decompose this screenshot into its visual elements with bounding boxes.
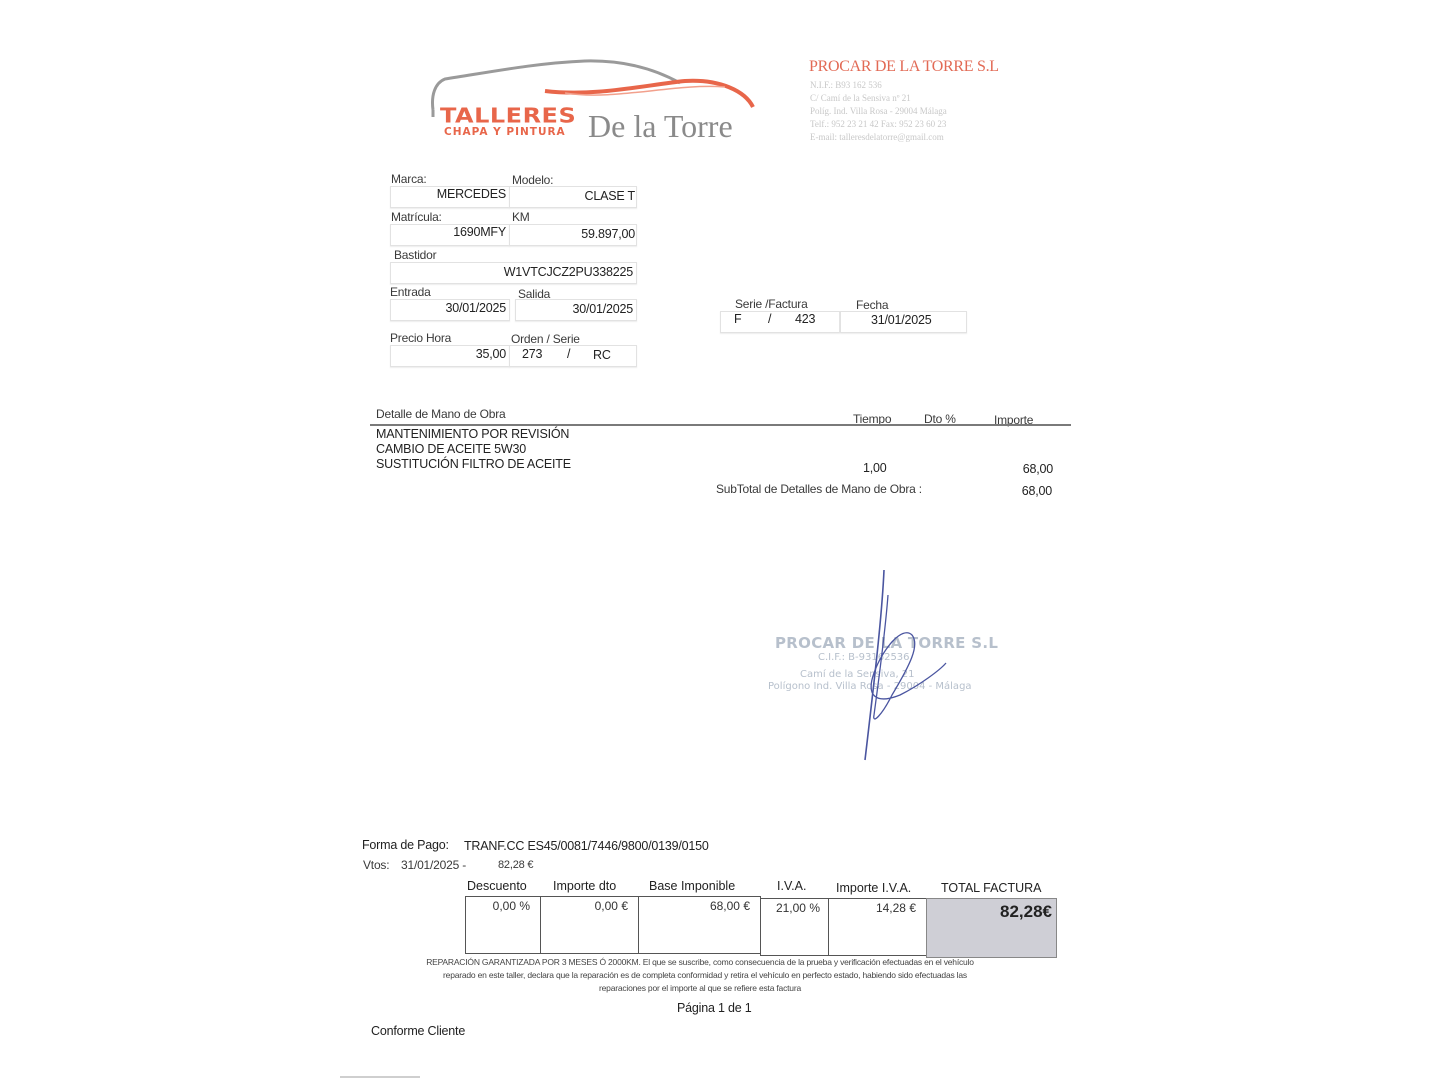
logo-brand-name: De la Torre — [588, 108, 733, 145]
company-address: C/ Camí de la Sensiva nº 21 — [810, 93, 911, 103]
km-label: KM — [512, 210, 530, 224]
warranty-text-line: reparado en este taller, declara que la … — [350, 970, 1060, 980]
modelo-label: Modelo: — [512, 173, 553, 187]
warranty-text-line: reparaciones por el importe al que se re… — [345, 983, 1055, 993]
company-email: E-mail: talleresdelatorre@gmail.com — [810, 132, 944, 142]
marca-label: Marca: — [391, 172, 426, 186]
forma-pago-label: Forma de Pago: — [362, 838, 449, 852]
labor-line: SUSTITUCIÓN FILTRO DE ACEITE — [376, 457, 571, 471]
vto-date: 31/01/2025 - — [401, 858, 466, 872]
serie-factura-label: Serie /Factura — [735, 297, 808, 311]
labor-tiempo: 1,00 — [863, 461, 887, 475]
modelo-value: CLASE T — [509, 189, 635, 203]
totals-importe-iva: 14,28 € — [876, 901, 916, 915]
logo-brand-sub: CHAPA Y PINTURA — [444, 126, 566, 138]
invoice-date: 31/01/2025 — [871, 313, 932, 327]
entrada-label: Entrada — [390, 285, 431, 299]
labor-header-rule — [370, 424, 1071, 426]
totals-importe-dto: 0,00 € — [595, 899, 628, 913]
orden-value: 273 — [522, 347, 542, 361]
invoice-number: 423 — [795, 312, 815, 326]
vto-amount: 82,28 € — [498, 859, 533, 871]
bastidor-value: W1VTCJCZ2PU338225 — [390, 265, 633, 279]
matricula-value: 1690MFY — [390, 225, 506, 239]
warranty-text-line: REPARACIÓN GARANTIZADA POR 3 MESES Ó 200… — [345, 957, 1055, 967]
company-city: Políg. Ind. Villa Rosa - 29004 Málaga — [810, 106, 947, 116]
totals-header-descuento: Descuento — [467, 879, 527, 893]
labor-line: CAMBIO DE ACEITE 5W30 — [376, 442, 526, 456]
totals-iva-cell: 21,00 % — [760, 898, 829, 956]
totals-base-cell: 68,00 € — [638, 896, 761, 954]
logo-brand-main: TALLERES — [440, 104, 576, 128]
orden-serie-label: Orden / Serie — [511, 332, 580, 346]
page-edge-shadow — [340, 1076, 420, 1078]
labor-subtotal-label: SubTotal de Detalles de Mano de Obra : — [716, 482, 922, 496]
matricula-label: Matrícula: — [391, 210, 442, 224]
labor-section-label: Detalle de Mano de Obra — [376, 407, 505, 421]
labor-line: MANTENIMIENTO POR REVISIÓN — [376, 427, 569, 441]
totals-header-base: Base Imponible — [649, 879, 735, 893]
totals-descuento: 0,00 % — [493, 899, 530, 913]
totals-header-importe-iva: Importe I.V.A. — [836, 881, 911, 895]
invoice-serie: F — [734, 312, 741, 326]
totals-header-total: TOTAL FACTURA — [941, 881, 1041, 895]
totals-importe-dto-cell: 0,00 € — [540, 896, 639, 954]
totals-total-cell: 82,28€ — [926, 898, 1057, 958]
km-value: 59.897,00 — [509, 227, 635, 241]
invoice-separator: / — [768, 312, 771, 326]
totals-iva: 21,00 % — [776, 901, 820, 915]
company-nif: N.I.F.: B93 162 536 — [810, 80, 882, 90]
serie-value: RC — [593, 348, 611, 362]
totals-descuento-cell: 0,00 % — [465, 896, 541, 954]
totals-header-importe-dto: Importe dto — [553, 879, 616, 893]
conforme-cliente-label: Conforme Cliente — [371, 1024, 465, 1038]
company-name: PROCAR DE LA TORRE S.L — [809, 58, 999, 76]
marca-value: MERCEDES — [390, 187, 506, 201]
entrada-value: 30/01/2025 — [390, 301, 506, 315]
totals-base-imponible: 68,00 € — [710, 899, 750, 913]
company-phone: Telf.: 952 23 21 42 Fax: 952 23 60 23 — [810, 119, 946, 129]
vtos-label: Vtos: — [363, 858, 389, 872]
bastidor-label: Bastidor — [394, 248, 436, 262]
page-number: Página 1 de 1 — [677, 1001, 752, 1015]
precio-hora-label: Precio Hora — [390, 331, 451, 345]
labor-importe: 68,00 — [990, 462, 1053, 476]
fecha-label: Fecha — [856, 298, 888, 312]
totals-header-iva: I.V.A. — [777, 879, 806, 893]
handwritten-signature-icon — [830, 565, 950, 765]
salida-value: 30/01/2025 — [515, 302, 633, 316]
labor-subtotal: 68,00 — [990, 484, 1052, 498]
totals-importe-iva-cell: 14,28 € — [828, 898, 927, 956]
totals-total: 82,28€ — [1000, 902, 1052, 922]
forma-pago-value: TRANF.CC ES45/0081/7446/9800/0139/0150 — [464, 839, 709, 853]
precio-hora-value: 35,00 — [390, 347, 506, 361]
orden-separator: / — [567, 347, 570, 361]
